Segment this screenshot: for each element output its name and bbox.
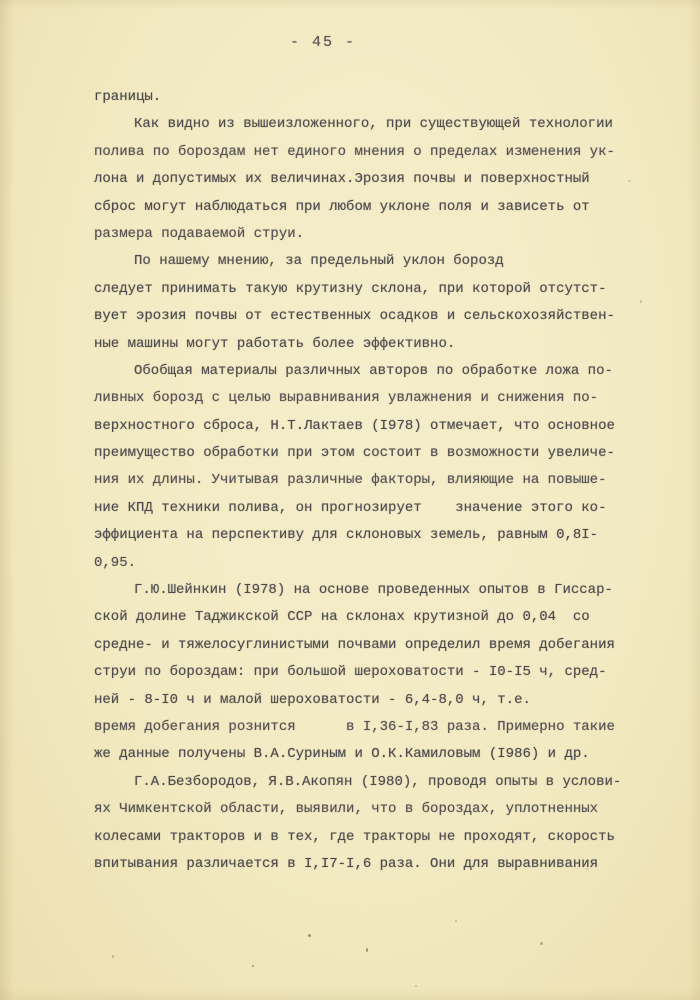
text-line: По нашему мнению, за предельный уклон бо…	[94, 248, 634, 275]
paper-speck	[540, 942, 543, 945]
text-line: вует эрозия почвы от естественных осадко…	[94, 303, 634, 330]
page-number: - 45 -	[93, 34, 553, 51]
text-line: время добегания рознится в I,36-I,83 раз…	[94, 714, 634, 741]
text-line: сброс могут наблюдаться при любом уклоне…	[94, 194, 634, 221]
text-line: полива по бороздам нет единого мнения о …	[94, 139, 634, 166]
text-line: размера подаваемой струи.	[94, 221, 634, 248]
scanned-document-page: - 45 - границы. Как видно из вышеизложен…	[0, 0, 700, 1000]
text-line: ней - 8-I0 ч и малой шероховатости - 6,4…	[94, 687, 634, 714]
text-line: ние КПД техники полива, он прогнозирует …	[94, 495, 634, 522]
paper-speck	[640, 300, 642, 303]
paper-speck	[112, 955, 114, 958]
paper-speck	[586, 868, 588, 870]
paper-speck	[252, 965, 254, 967]
paper-speck	[366, 948, 368, 952]
text-line: струи по бороздам: при большой шероховат…	[94, 659, 634, 686]
text-line: следует принимать такую крутизну склона,…	[94, 276, 634, 303]
text-line: ской долине Таджикской ССР на склонах кр…	[94, 604, 634, 631]
paper-speck	[308, 934, 311, 937]
paper-speck	[415, 985, 417, 987]
text-line: Г.Ю.Шейнкин (I978) на основе проведенных…	[94, 577, 634, 604]
text-line: колесами тракторов и в тех, где тракторы…	[94, 824, 634, 851]
paper-speck	[628, 180, 631, 182]
document-text-body: границы. Как видно из вышеизложенного, п…	[94, 84, 634, 878]
text-line: средне- и тяжелосуглинистыми почвами опр…	[94, 632, 634, 659]
text-line: Г.А.Безбородов, Я.В.Акопян (I980), прово…	[94, 769, 634, 796]
text-line: верхностного сброса, Н.Т.Лактаев (I978) …	[94, 413, 634, 440]
text-line: Обобщая материалы различных авторов по о…	[94, 358, 634, 385]
text-line: 0,95.	[94, 550, 634, 577]
paper-speck	[455, 920, 457, 922]
text-line: эффициента на перспективу для склоновых …	[94, 522, 634, 549]
text-line: границы.	[94, 84, 634, 111]
text-line: преимущество обработки при этом состоит …	[94, 440, 634, 467]
text-line: же данные получены В.А.Суриным и О.К.Кам…	[94, 741, 634, 768]
text-line: ния их длины. Учитывая различные факторы…	[94, 467, 634, 494]
text-line: ные машины могут работать более эффектив…	[94, 331, 634, 358]
text-line: лона и допустимых их величинах.Эрозия по…	[94, 166, 634, 193]
text-line: Как видно из вышеизложенного, при сущест…	[94, 111, 634, 138]
text-line: ях Чимкентской области, выявили, что в б…	[94, 796, 634, 823]
text-line: впитывания различается в I,I7-I,6 раза. …	[94, 851, 634, 878]
text-line: ливных борозд с целью выравнивания увлаж…	[94, 385, 634, 412]
